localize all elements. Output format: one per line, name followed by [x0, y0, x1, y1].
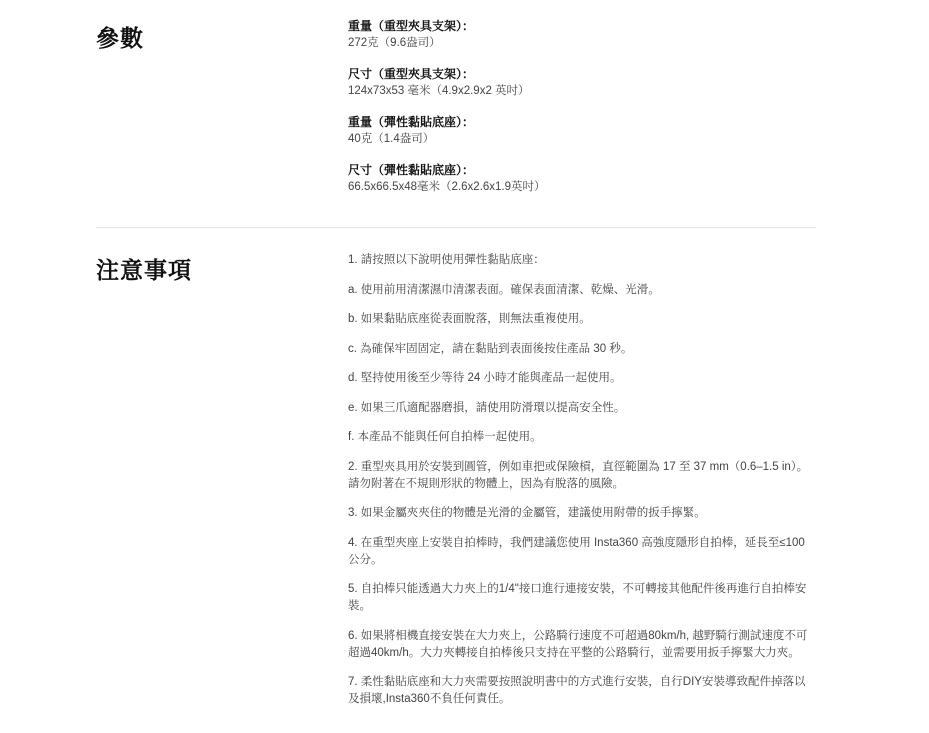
spec-label: 重量（彈性黏貼底座）：: [348, 114, 816, 131]
specs-title: 參數: [96, 20, 144, 53]
note-item: 6. 如果將相機直接安裝在大力夾上，公路騎行速度不可超過80km/h, 越野騎行…: [348, 628, 816, 662]
note-item: 4. 在重型夾座上安裝自拍棒時，我們建議您使用 Insta360 高強度隱形自拍…: [348, 535, 816, 569]
note-item: e. 如果三爪適配器磨損，請使用防滑環以提高安全性。: [348, 400, 816, 417]
spec-item: 重量（彈性黏貼底座）： 40克（1.4盎司）: [348, 114, 816, 148]
note-item: d. 堅持使用後至少等待 24 小時才能與產品一起使用。: [348, 370, 816, 387]
note-item: 2. 重型夾具用於安裝到圓管，例如車把或保險槓，直徑範圍為 17 至 37 mm…: [348, 459, 816, 493]
note-item: b. 如果黏貼底座從表面脫落，則無法重複使用。: [348, 311, 816, 328]
spec-item: 重量（重型夾具支架）： 272克（9.6盎司）: [348, 18, 816, 52]
spec-label: 重量（重型夾具支架）：: [348, 18, 816, 35]
note-item: 3. 如果金屬夾夾住的物體是光滑的金屬管，建議使用附帶的扳手擰緊。: [348, 505, 816, 522]
section-divider: [96, 227, 816, 228]
spec-value: 124x73x53 毫米（4.9x2.9x2 英吋）: [348, 83, 816, 100]
note-item: a. 使用前用清潔濕巾清潔表面。確保表面清潔、乾燥、光滑。: [348, 282, 816, 299]
spec-value: 40克（1.4盎司）: [348, 131, 816, 148]
spec-value: 272克（9.6盎司）: [348, 35, 816, 52]
specs-list: 重量（重型夾具支架）： 272克（9.6盎司） 尺寸（重型夾具支架）： 124x…: [348, 18, 816, 210]
notes-list: 1. 請按照以下說明使用彈性黏貼底座： a. 使用前用清潔濕巾清潔表面。確保表面…: [348, 252, 816, 721]
note-item: 5. 自拍棒只能透過大力夾上的1/4"接口進行連接安裝，不可轉接其他配件後再進行…: [348, 581, 816, 615]
spec-label: 尺寸（重型夾具支架）：: [348, 66, 816, 83]
note-item: 1. 請按照以下說明使用彈性黏貼底座：: [348, 252, 816, 269]
spec-item: 尺寸（彈性黏貼底座）： 66.5x66.5x48毫米（2.6x2.6x1.9英吋…: [348, 162, 816, 196]
note-item: f. 本產品不能與任何自拍棒一起使用。: [348, 429, 816, 446]
note-item: 7. 柔性黏貼底座和大力夾需要按照說明書中的方式進行安裝，自行DIY安裝導致配件…: [348, 674, 816, 708]
notes-title: 注意事項: [96, 252, 192, 285]
spec-value: 66.5x66.5x48毫米（2.6x2.6x1.9英吋）: [348, 179, 816, 196]
spec-item: 尺寸（重型夾具支架）： 124x73x53 毫米（4.9x2.9x2 英吋）: [348, 66, 816, 100]
spec-label: 尺寸（彈性黏貼底座）：: [348, 162, 816, 179]
note-item: c. 為確保牢固固定，請在黏貼到表面後按住產品 30 秒。: [348, 341, 816, 358]
